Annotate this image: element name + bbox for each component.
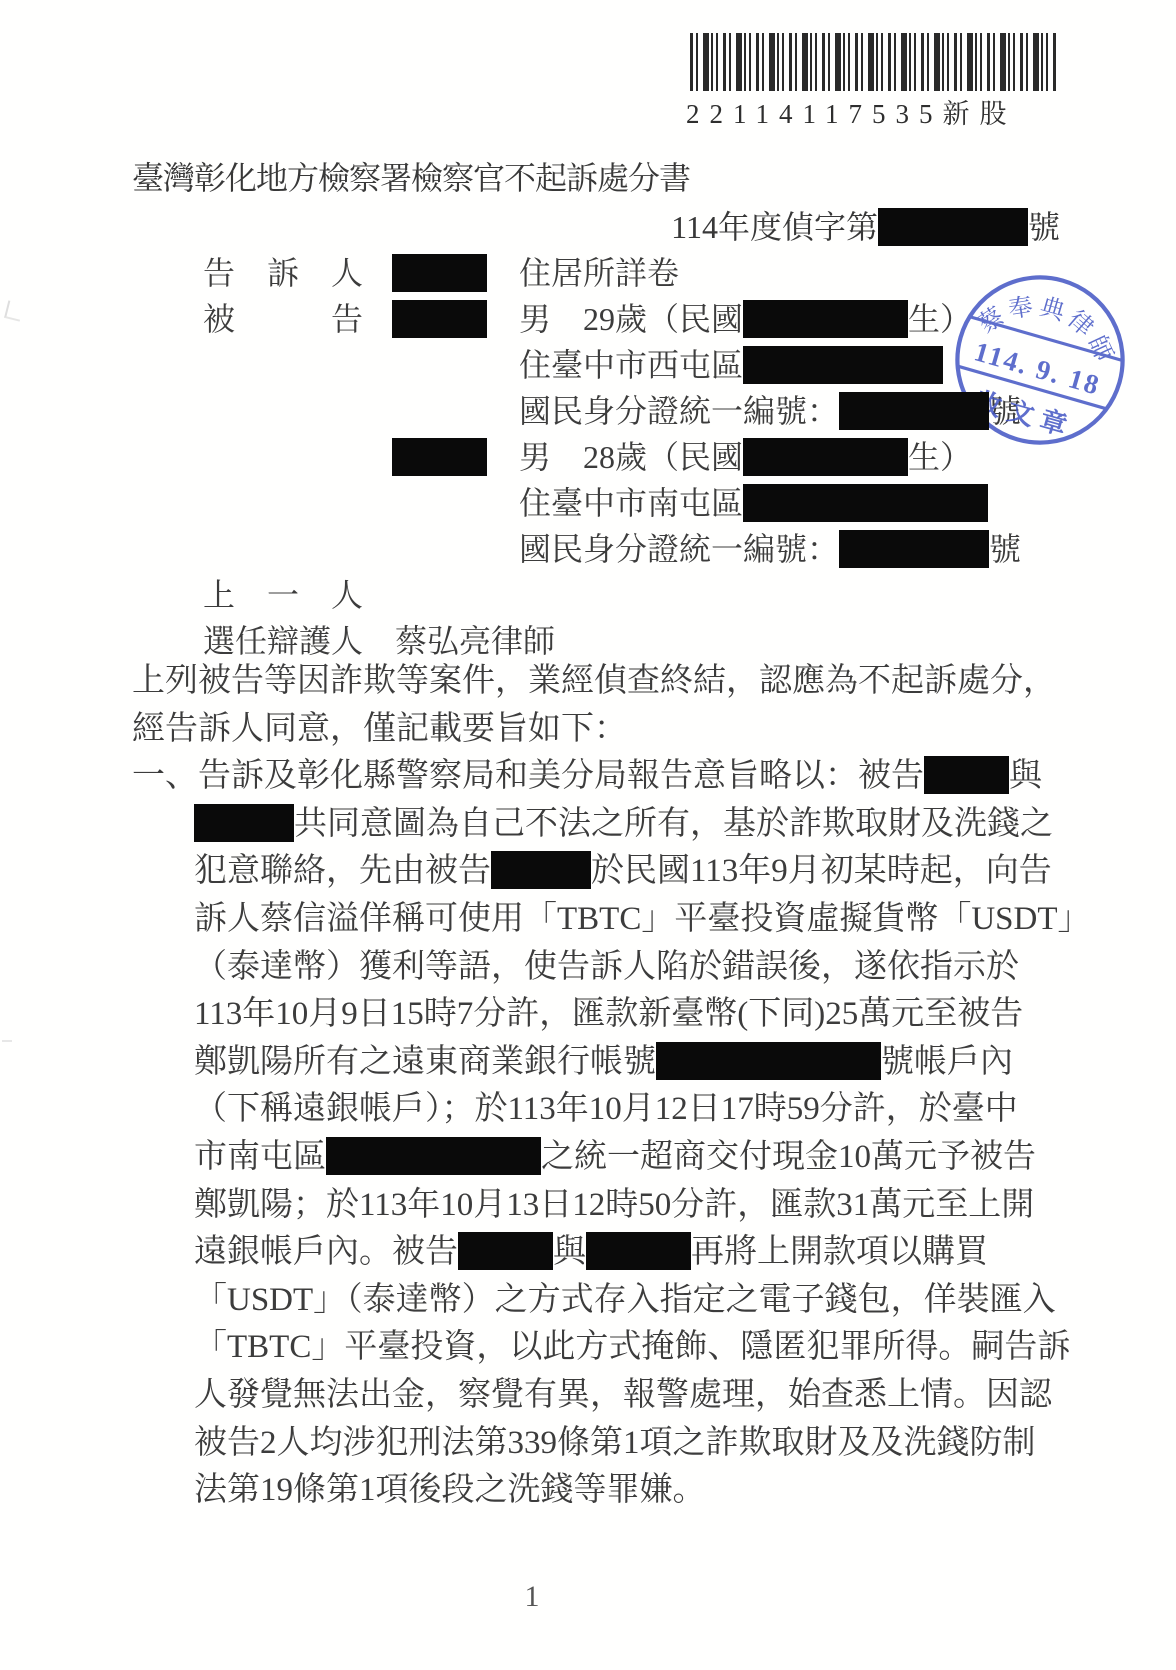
text-run: 住臺中市西屯區	[519, 347, 743, 383]
text-run: 法第19條第1項後段之洗錢等罪嫌。	[194, 1472, 706, 1508]
text-run: 號	[989, 393, 1021, 429]
redaction-box	[743, 346, 943, 384]
body-line: 經告訴人同意，僅記載要旨如下：	[132, 706, 1072, 754]
redaction-box	[326, 1137, 541, 1175]
party-detail: 住臺中市西屯區	[519, 342, 943, 388]
text-run: 男 29歲（民國	[519, 301, 743, 337]
text-run: 生）	[908, 439, 972, 475]
text-run: 「TBTC」平臺投資，以此方式掩飾、隱匿犯罪所得。嗣告訴	[194, 1329, 1070, 1365]
text-run: 鄭凱陽；於113年10月13日12時50分許，匯款31萬元至上開	[194, 1187, 1034, 1223]
party-block: 告 訴 人住居所詳卷被 告男 29歲（民國生）住臺中市西屯區國民身分證統一編號：…	[132, 250, 1072, 664]
party-name-redaction	[392, 254, 487, 292]
party-row: 上 一 人	[132, 572, 1072, 618]
body-line: 「TBTC」平臺投資，以此方式掩飾、隱匿犯罪所得。嗣告訴	[132, 1324, 1072, 1372]
text-run: 鄭凱陽所有之遠東商業銀行帳號	[194, 1044, 656, 1080]
text-run: 113年10月9日15時7分許，匯款新臺幣(下同)25萬元至被告	[194, 996, 1023, 1032]
body-line: 鄭凱陽所有之遠東商業銀行帳號號帳戶內	[132, 1039, 1072, 1087]
redaction-box	[743, 438, 908, 476]
document-title: 臺灣彰化地方檢察署檢察官不起訴處分書	[132, 153, 690, 199]
party-row: 被 告男 29歲（民國生）	[132, 296, 1072, 342]
body-line: 犯意聯絡，先由被告於民國113年9月初某時起，向告	[132, 848, 1072, 896]
text-run: （下稱遠銀帳戶）；於113年10月12日17時59分許，於臺中	[194, 1091, 1018, 1127]
text-run: 犯意聯絡，先由被告	[194, 853, 491, 889]
text-run: 男 28歲（民國	[519, 439, 743, 475]
party-name-redaction	[392, 438, 487, 476]
body-line: 共同意圖為自己不法之所有，基於詐欺取財及洗錢之	[132, 801, 1072, 849]
body-line: 「USDT」（泰達幣）之方式存入指定之電子錢包，佯裝匯入	[132, 1277, 1072, 1325]
text-run: 市南屯區	[194, 1139, 326, 1175]
redaction-box	[458, 1232, 553, 1270]
text-run: 經告訴人同意，僅記載要旨如下：	[132, 711, 627, 747]
text-run: 上列被告等因詐欺等案件，業經偵查終結，認應為不起訴處分，	[132, 663, 1056, 699]
body-line: （下稱遠銀帳戶）；於113年10月12日17時59分許，於臺中	[132, 1086, 1072, 1134]
party-detail: 男 28歲（民國生）	[519, 434, 972, 480]
text-run: 國民身分證統一編號：	[519, 393, 839, 429]
body-line: 法第19條第1項後段之洗錢等罪嫌。	[132, 1467, 1072, 1515]
body-line: 被告2人均涉犯刑法第339條第1項之詐欺取財及及洗錢防制	[132, 1420, 1072, 1468]
text-run: 住居所詳卷	[519, 255, 679, 291]
text-run: 生）	[908, 301, 972, 337]
party-label: 告 訴 人	[203, 250, 363, 296]
case-number-prefix: 114年度偵字第	[671, 209, 878, 245]
redaction-box	[656, 1042, 881, 1080]
redaction-box	[586, 1232, 691, 1270]
text-run: （泰達幣）獲利等語，使告訴人陷於錯誤後，遂依指示於	[194, 949, 1019, 985]
page-number: 1	[500, 1580, 564, 1620]
party-detail: 國民身分證統一編號：號	[519, 388, 1021, 434]
body-line: （泰達幣）獲利等語，使告訴人陷於錯誤後，遂依指示於	[132, 944, 1072, 992]
text-run: 訴人蔡信溢佯稱可使用「TBTC」平臺投資虛擬貨幣「USDT」	[194, 901, 1091, 937]
text-run: 住臺中市南屯區	[519, 485, 743, 521]
party-label: 上 一 人	[203, 572, 363, 618]
text-run: 與	[1009, 758, 1042, 794]
redaction-box	[924, 756, 1009, 794]
barcode-number: 22114117535新股	[686, 92, 1066, 126]
redaction-box	[743, 300, 908, 338]
body-line: 訴人蔡信溢佯稱可使用「TBTC」平臺投資虛擬貨幣「USDT」	[132, 896, 1072, 944]
body-line: 遠銀帳戶內。被告與再將上開款項以購買	[132, 1229, 1072, 1277]
redaction-box	[743, 484, 988, 522]
party-row: 告 訴 人住居所詳卷	[132, 250, 1072, 296]
body-line: 鄭凱陽；於113年10月13日12時50分許，匯款31萬元至上開	[132, 1182, 1072, 1230]
party-detail: 男 29歲（民國生）	[519, 296, 972, 342]
text-run: 號	[989, 531, 1021, 567]
redaction-box	[194, 804, 294, 842]
party-row: 住臺中市南屯區	[132, 480, 1072, 526]
redaction-box	[839, 530, 989, 568]
scanned-page: 22114117535新股 臺灣彰化地方檢察署檢察官不起訴處分書 114年度偵字…	[0, 0, 1176, 1670]
text-run: 人發覺無法出金，察覺有異，報警處理，始查悉上情。因認	[194, 1377, 1052, 1413]
party-row: 住臺中市西屯區	[132, 342, 1072, 388]
text-run: 於民國113年9月初某時起，向告	[591, 853, 1052, 889]
text-run: 遠銀帳戶內。被告	[194, 1234, 458, 1270]
party-row: 國民身分證統一編號：號	[132, 388, 1072, 434]
body-block: 上列被告等因詐欺等案件，業經偵查終結，認應為不起訴處分，經告訴人同意，僅記載要旨…	[132, 658, 1072, 1515]
text-run: 「USDT」（泰達幣）之方式存入指定之電子錢包，佯裝匯入	[194, 1282, 1056, 1318]
body-line: 一、告訴及彰化縣警察局和美分局報告意旨略以：被告與	[132, 753, 1072, 801]
party-detail: 住臺中市南屯區	[519, 480, 988, 526]
text-run: 之統一超商交付現金10萬元予被告	[541, 1139, 1036, 1175]
text-run: 號帳戶內	[881, 1044, 1013, 1080]
text-run: 共同意圖為自己不法之所有，基於詐欺取財及洗錢之	[294, 806, 1053, 842]
scan-artifact	[2, 1040, 12, 1042]
redaction-box	[491, 851, 591, 889]
party-detail: 住居所詳卷	[519, 250, 679, 296]
text-run: 一、告訴及彰化縣警察局和美分局報告意旨略以：被告	[132, 758, 924, 794]
party-row: 國民身分證統一編號：號	[132, 526, 1072, 572]
text-run: 被告2人均涉犯刑法第339條第1項之詐欺取財及及洗錢防制	[194, 1425, 1036, 1461]
body-line: 上列被告等因詐欺等案件，業經偵查終結，認應為不起訴處分，	[132, 658, 1072, 706]
redaction-box	[839, 392, 989, 430]
barcode	[690, 33, 1058, 91]
party-detail: 國民身分證統一編號：號	[519, 526, 1021, 572]
text-run: 再將上開款項以購買	[691, 1234, 988, 1270]
party-name-redaction	[392, 300, 487, 338]
case-number-line: 114年度偵字第號	[132, 204, 1060, 250]
text-run: 國民身分證統一編號：	[519, 531, 839, 567]
case-number-redaction	[878, 208, 1028, 246]
party-label: 被 告	[203, 296, 363, 342]
body-line: 113年10月9日15時7分許，匯款新臺幣(下同)25萬元至被告	[132, 991, 1072, 1039]
body-line: 人發覺無法出金，察覺有異，報警處理，始查悉上情。因認	[132, 1372, 1072, 1420]
party-row: 男 28歲（民國生）	[132, 434, 1072, 480]
text-run: 與	[553, 1234, 586, 1270]
body-line: 市南屯區之統一超商交付現金10萬元予被告	[132, 1134, 1072, 1182]
case-number-suffix: 號	[1028, 209, 1060, 245]
scan-artifact	[4, 300, 24, 321]
